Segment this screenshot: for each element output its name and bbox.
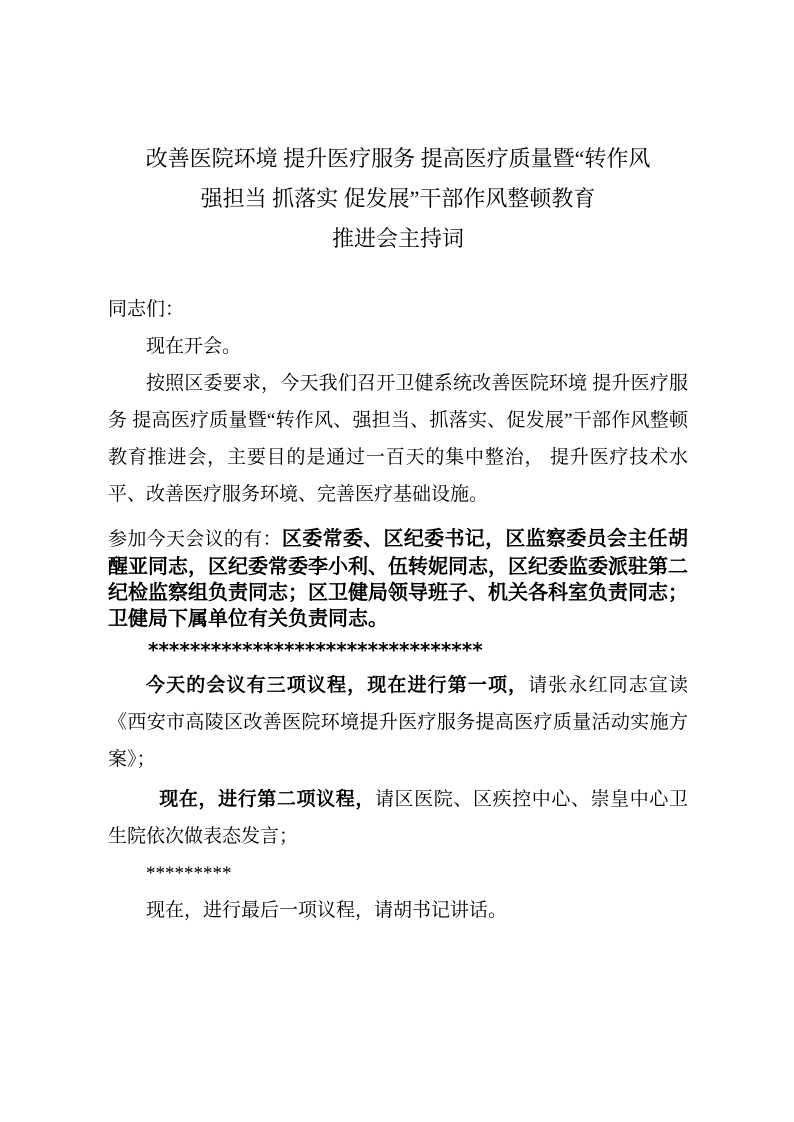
asterisk-divider-major: ******************************** xyxy=(108,637,688,663)
document-page: 改善医院环境 提升医疗服务 提高医疗质量暨“转作风 强担当 抓落实 促发展”干部… xyxy=(0,0,794,1122)
title-line-3: 推进会主持词 xyxy=(108,219,688,259)
agenda-2-heading: 现在，进行第二项议程， xyxy=(159,788,375,810)
paragraph-closing: 现在，进行最后一项议程，请胡书记讲话。 xyxy=(108,892,688,929)
paragraph-agenda-1: 今天的会议有三项议程，现在进行第一项，请张永红同志宣读《西安市高陵区改善医院环境… xyxy=(108,667,688,778)
document-title: 改善医院环境 提升医疗服务 提高医疗质量暨“转作风 强担当 抓落实 促发展”干部… xyxy=(108,139,688,259)
salutation: 同志们： xyxy=(108,291,688,328)
asterisk-divider-minor: ********* xyxy=(108,855,688,892)
participants-lead-text: 参加今天会议的有： xyxy=(108,529,282,550)
paragraph-intro: 按照区委要求，今天我们召开卫健系统改善医院环境 提升医疗服务 提高医疗质量暨“转… xyxy=(108,365,688,513)
paragraph-participants: 参加今天会议的有：区委常委、区纪委书记，区监察委员会主任胡醒亚同志，区纪委常委李… xyxy=(108,525,688,631)
paragraph-agenda-2: 现在，进行第二项议程，请区医院、区疾控中心、崇皇中心卫生院依次做表态发言； xyxy=(108,781,688,855)
title-line-2: 强担当 抓落实 促发展”干部作风整顿教育 xyxy=(108,179,688,219)
title-line-1: 改善医院环境 提升医疗服务 提高医疗质量暨“转作风 xyxy=(108,139,688,179)
paragraph-opening: 现在开会。 xyxy=(108,328,688,365)
document-body: 同志们： 现在开会。 按照区委要求，今天我们召开卫健系统改善医院环境 提升医疗服… xyxy=(108,291,688,929)
agenda-1-heading: 今天的会议有三项议程，现在进行第一项， xyxy=(146,674,528,696)
